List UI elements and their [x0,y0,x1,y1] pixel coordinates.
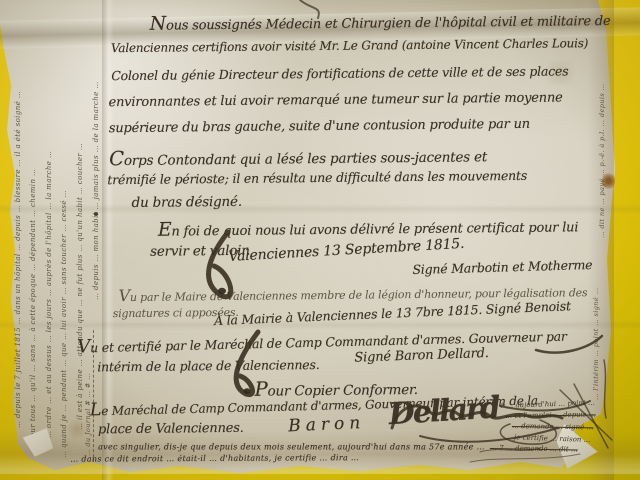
line-colonel: Colonel du génie Directeur des fortifica… [111,63,568,83]
signature-baron: Baron [288,413,366,436]
line-opening: Nous soussignés Médecin et Chirurgien de… [150,9,611,35]
line-visite: Valenciennes certifions avoir visité Mr.… [111,36,588,55]
signature-dellard: Dellard [388,390,500,432]
scribble-note-struck: … et l'emploi … depuis … [505,410,596,420]
signed-physicians-line: Signé Marbotin et Motherme [412,257,592,277]
footnote-line: … dans ce dit endroit … était-il … d'hab… [70,453,359,464]
photo-of-manuscript: { "photo": { "background_color": "#e7c71… [0,0,640,480]
scribble-note-struck: … 7 … demande … dit … [490,444,578,454]
line-interim: intérim de la place de Valenciennes. [97,357,319,374]
line-bras-designe: du bras désigné. [132,194,242,211]
line-en-foi: En foi de quoi nous lui avons délivré le… [158,215,579,240]
scribble-note-struck: … demande … signé … [512,422,594,431]
line-environnantes: environnantes et lui avoir remarqué une … [108,90,562,110]
line-superieure: supérieure du bras gauche, suite d'une c… [109,117,530,136]
line-place-valenciennes: place de Valenciennes. [98,421,244,438]
footnote-line: avec singulier, dis-je que depuis deux m… [98,442,485,451]
line-perioste: trémifié le périoste; il en résulta une … [107,168,527,187]
line-corps: Corps Contondant qui a lésé les parties … [109,143,487,170]
line-vu-certifie: Vu et certifié par le Maréchal de Camp C… [77,325,567,358]
